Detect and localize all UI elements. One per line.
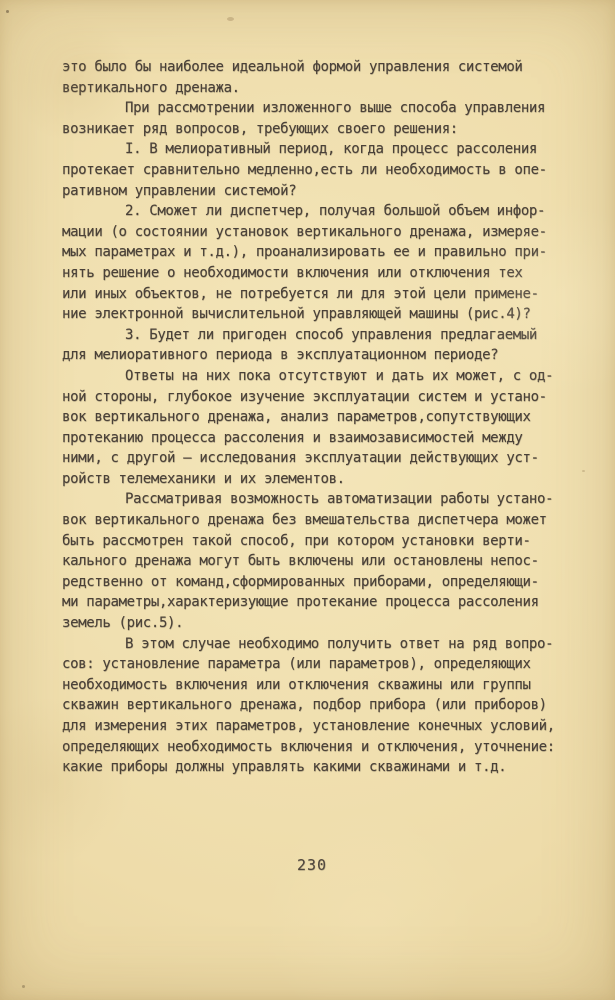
text-line: I. В мелиоративный период, когда процесс… bbox=[62, 139, 562, 160]
text-line: вок вертикального дренажа, анализ параме… bbox=[62, 407, 562, 428]
text-line: сов: установление параметра (или парамет… bbox=[62, 654, 562, 675]
text-line: Рассматривая возможность автоматизации р… bbox=[62, 489, 562, 510]
text-line: это было бы наиболее идеальной формой уп… bbox=[62, 57, 562, 78]
text-line: При рассмотрении изложенного выше способ… bbox=[62, 98, 562, 119]
scanned-page: это было бы наиболее идеальной формой уп… bbox=[0, 0, 615, 1000]
text-line: протеканию процесса рассоления и взаимоз… bbox=[62, 428, 562, 449]
text-line: В этом случае необходимо получить ответ … bbox=[62, 634, 562, 655]
paper-speck bbox=[22, 985, 25, 988]
text-line: ми параметры,характеризующие протекание … bbox=[62, 592, 562, 613]
text-line: для измерения этих параметров, установле… bbox=[62, 716, 562, 737]
page-number: 230 bbox=[62, 856, 562, 874]
paper-speck bbox=[6, 10, 9, 13]
body-text: это было бы наиболее идеальной формой уп… bbox=[62, 57, 562, 778]
text-line: мации (о состоянии установок вертикально… bbox=[62, 222, 562, 243]
text-line: ройств телемеханики и их элементов. bbox=[62, 469, 562, 490]
text-line: быть рассмотрен такой способ, при которо… bbox=[62, 531, 562, 552]
text-line: скважин вертикального дренажа, подбор пр… bbox=[62, 695, 562, 716]
text-line: ние электронной вычислительной управляющ… bbox=[62, 304, 562, 325]
text-line: вертикального дренажа. bbox=[62, 78, 562, 99]
text-line: возникает ряд вопросов, требующих своего… bbox=[62, 119, 562, 140]
text-line: ративном управлении системой? bbox=[62, 181, 562, 202]
text-line: Ответы на них пока отсутствуют и дать их… bbox=[62, 366, 562, 387]
text-line: мых параметрах и т.д.), проанализировать… bbox=[62, 242, 562, 263]
text-line: ними, с другой – исследования эксплуатац… bbox=[62, 448, 562, 469]
text-line: нять решение о необходимости включения и… bbox=[62, 263, 562, 284]
text-line: 2. Сможет ли диспетчер, получая большой … bbox=[62, 201, 562, 222]
text-line: редственно от команд,сформированных приб… bbox=[62, 572, 562, 593]
text-line: для мелиоративного периода в эксплуатаци… bbox=[62, 345, 562, 366]
text-line: кального дренажа могут быть включены или… bbox=[62, 551, 562, 572]
text-line: протекает сравнительно медленно,есть ли … bbox=[62, 160, 562, 181]
text-line: необходимость включения или отключения с… bbox=[62, 675, 562, 696]
text-line: или иных объектов, не потребуется ли для… bbox=[62, 284, 562, 305]
text-line: ной стороны, глубокое изучение эксплуата… bbox=[62, 387, 562, 408]
text-line: вок вертикального дренажа без вмешательс… bbox=[62, 510, 562, 531]
text-line: 3. Будет ли пригоден способ управления п… bbox=[62, 325, 562, 346]
text-line: определяющих необходимость включения и о… bbox=[62, 737, 562, 758]
text-line: земель (рис.5). bbox=[62, 613, 562, 634]
text-line: какие приборы должны управлять какими ск… bbox=[62, 757, 562, 778]
paper-speck bbox=[582, 470, 585, 472]
paper-smudge bbox=[227, 17, 234, 21]
